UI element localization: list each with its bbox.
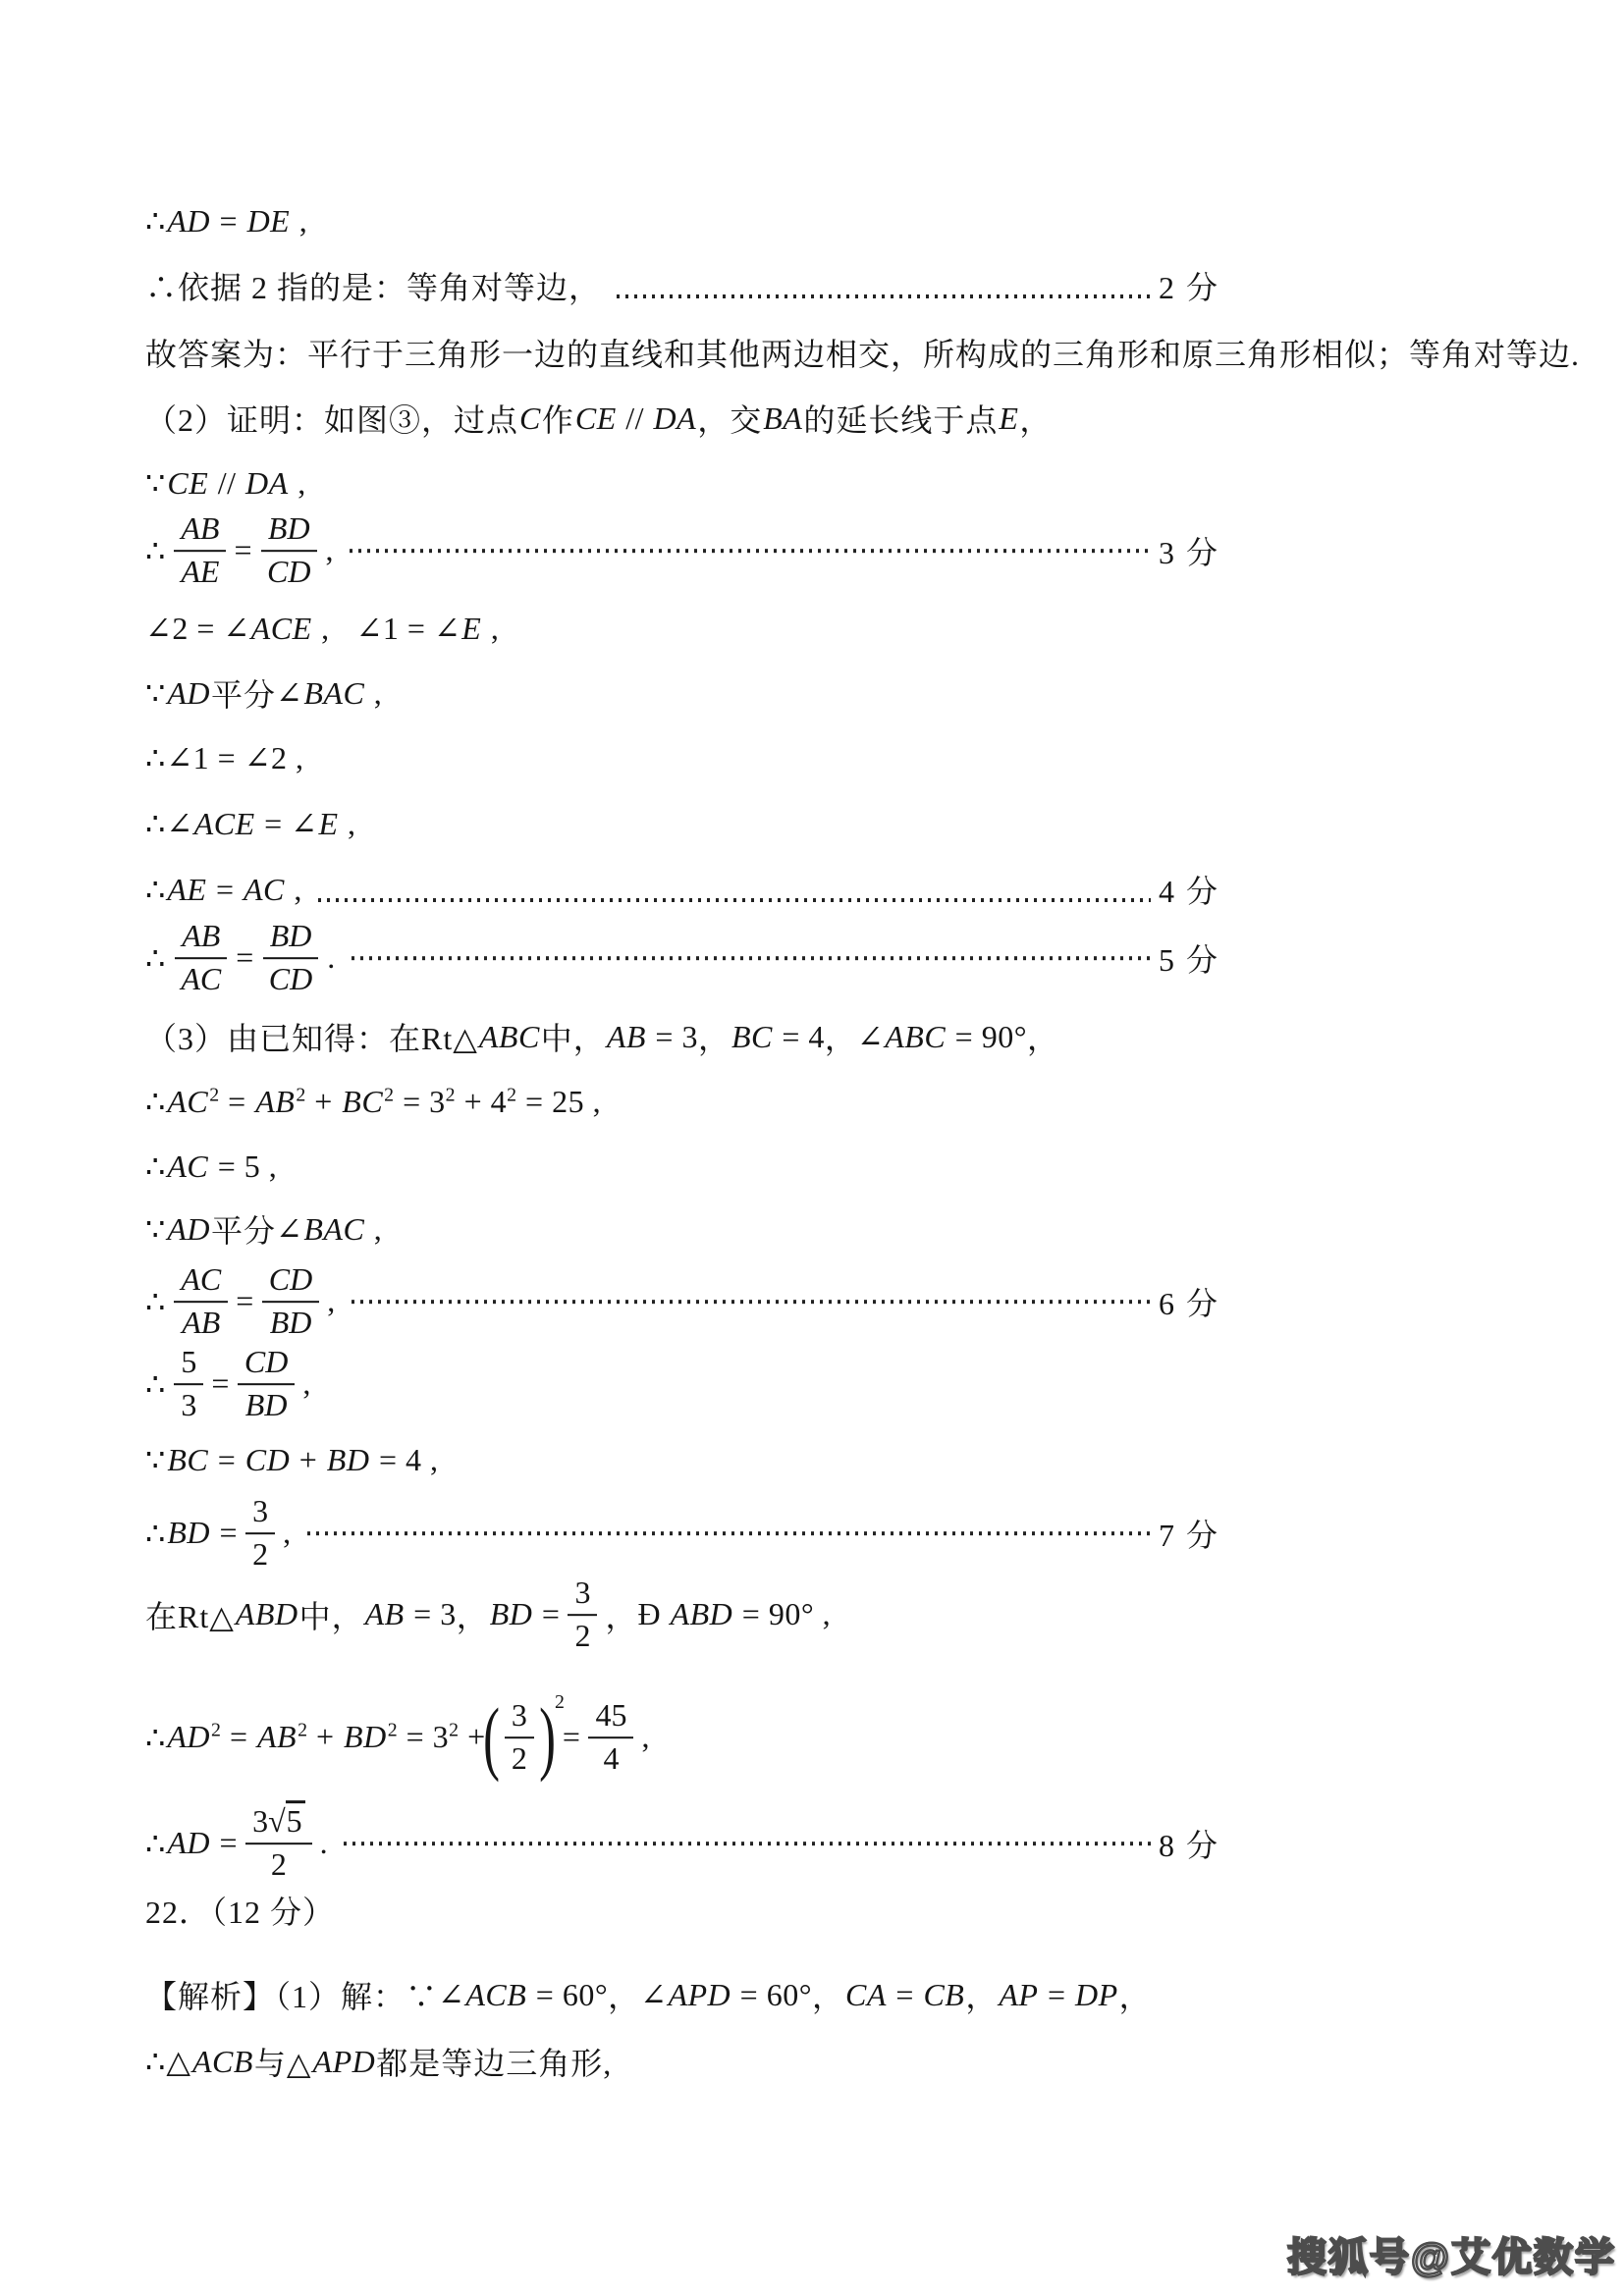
proof-line-7: ∠2 = ∠ACE , ∠1 = ∠E , <box>145 610 499 647</box>
text-segment: 【解析】（1）解：∵ <box>145 1972 438 2017</box>
score-label: 3 分 <box>1159 528 1219 573</box>
math-segment: . <box>320 1826 329 1862</box>
dotted-leader <box>307 1531 1151 1535</box>
fraction-denominator: CD <box>260 552 317 591</box>
text-segment: 中， <box>541 1014 606 1059</box>
fraction: 32 <box>568 1575 597 1655</box>
dotted-leader <box>344 1842 1151 1845</box>
math-segment: AP = DP <box>998 1977 1118 2013</box>
math-segment: AD2 = AB2 + BD2 = 32 + <box>166 1720 485 1756</box>
score-label: 7 分 <box>1159 1511 1219 1556</box>
math-segment: AB = 3 <box>364 1597 457 1633</box>
proof-line-20: ∴ BD =32 ,7 分 <box>145 1493 1219 1574</box>
dotted-leader <box>617 294 1151 298</box>
text-segment: ， <box>1019 396 1052 441</box>
math-segment: ∠ABC = 90° <box>857 1018 1027 1055</box>
score-label: 8 分 <box>1159 1821 1219 1866</box>
text-segment: 作 <box>542 396 574 441</box>
fraction-numerator: 45 <box>588 1697 633 1738</box>
radical-sign: √5 <box>268 1800 305 1839</box>
fraction-denominator: CD <box>262 959 319 998</box>
dotted-leader <box>350 549 1151 553</box>
fraction: 32 <box>245 1493 275 1574</box>
fraction-denominator: AE <box>174 552 226 591</box>
math-segment: , <box>302 1366 311 1403</box>
score-label: 5 分 <box>1159 935 1219 981</box>
fraction-numerator: 3 <box>245 1493 275 1534</box>
fraction-denominator: 3 <box>174 1385 203 1424</box>
fraction: ABAE <box>174 510 226 591</box>
proof-line-17: ∴ ACAB=CDBD ,6 分 <box>145 1261 1219 1342</box>
text-segment: 在Rt△ <box>145 1592 235 1637</box>
math-segment: BC = CD + BD = 4 , <box>166 1442 438 1478</box>
text-segment: 都是等边三角形, <box>376 2039 612 2084</box>
math-segment: ∠1 = ∠2 , <box>166 739 303 776</box>
math-segment: ACB <box>191 2044 254 2080</box>
proof-line-16: ∵ AD 平分 ∠BAC , <box>145 1206 382 1252</box>
text-segment: ∴ <box>145 1283 166 1320</box>
math-segment: AB = 3 <box>606 1019 698 1055</box>
text-segment: ， <box>965 1972 998 2017</box>
fraction: 3√52 <box>245 1803 312 1884</box>
math-segment: , <box>325 533 334 569</box>
dotted-leader <box>318 898 1151 902</box>
math-segment: , <box>283 1516 292 1552</box>
text-segment: ，交 <box>697 396 762 441</box>
math-segment: ABD <box>235 1597 299 1633</box>
proof-line-1: ∴ AD = DE , <box>145 202 307 240</box>
text-segment: ∴ <box>145 1825 166 1862</box>
text-segment: ∴ <box>145 1365 166 1403</box>
text-segment: ∵ <box>145 674 166 712</box>
fraction: 454 <box>588 1697 633 1778</box>
math-segment: ∠ACE = ∠E , <box>166 805 355 842</box>
math-segment: = <box>234 533 252 569</box>
fraction-numerator: AB <box>174 510 226 552</box>
math-segment: AD = <box>166 1826 238 1862</box>
fraction-denominator: AB <box>175 1303 227 1342</box>
math-segment: E <box>998 400 1019 437</box>
text-segment: 的延长线于点 <box>803 396 998 441</box>
fraction-numerator: 3√5 <box>245 1803 312 1844</box>
fraction-numerator: CD <box>238 1344 295 1385</box>
proof-line-14: ∴ AC2 = AB2 + BC2 = 32 + 42 = 25 , <box>145 1083 601 1120</box>
fraction-numerator: 5 <box>174 1344 203 1385</box>
math-segment: = <box>236 940 254 977</box>
text-segment: ， <box>1027 1014 1059 1059</box>
math-segment: Đ ABD = 90° , <box>637 1597 831 1633</box>
math-segment: CA = CB <box>844 1977 965 2013</box>
text-segment: ∴ <box>145 871 166 908</box>
score-label: 4 分 <box>1159 867 1219 912</box>
text-segment: ∴△ <box>145 2043 191 2080</box>
math-segment: BD = <box>489 1597 561 1633</box>
proof-line-26: ∴△ACB与△APD都是等边三角形, <box>145 2039 612 2084</box>
fraction-numerator: BD <box>263 918 319 959</box>
text-segment: 中， <box>299 1592 364 1637</box>
text-segment: ∴ <box>145 1083 166 1120</box>
proof-line-3: 故答案为：平行于三角形一边的直线和其他两边相交，所构成的三角形和原三角形相似；等… <box>145 330 1580 375</box>
math-segment: AD <box>166 675 211 712</box>
fraction-denominator: 4 <box>596 1738 625 1778</box>
fraction-numerator: 3 <box>505 1697 534 1738</box>
math-segment: ∠ACB = 60° <box>438 1976 608 2013</box>
text-segment: ∴ <box>145 202 166 240</box>
math-segment: AC2 = AB2 + BC2 = 32 + 42 = 25 , <box>166 1084 601 1120</box>
text-segment: ∴ <box>145 939 166 977</box>
fraction-denominator: BD <box>239 1385 295 1424</box>
fraction: CDBD <box>262 1261 319 1342</box>
dotted-leader <box>352 956 1151 960</box>
math-segment: BD = <box>166 1516 238 1552</box>
proof-line-18: ∴ 53=CDBD , <box>145 1344 311 1424</box>
text-segment: ∴ <box>145 1515 166 1552</box>
fraction: BDCD <box>260 510 317 591</box>
text-segment: ， <box>608 1972 640 2017</box>
math-segment: ∠APD = 60° <box>640 1976 812 2013</box>
proof-line-11: ∴ AE = AC ,4 分 <box>145 867 1219 912</box>
proof-line-21: 在Rt△ABD中，AB = 3，BD =32，Đ ABD = 90° , <box>145 1575 831 1655</box>
text-segment: ， <box>698 1014 731 1059</box>
text-segment: ∵ <box>145 1441 166 1478</box>
proof-line-2: ∴依据 2 指的是：等角对等边，2 分 <box>145 263 1219 308</box>
text-segment: 故答案为：平行于三角形一边的直线和其他两边相交，所构成的三角形和原三角形相似；等… <box>145 330 1580 375</box>
exponent: 2 <box>555 1691 565 1714</box>
text-segment: （2）证明：如图③，过点 <box>145 396 518 441</box>
math-segment: = <box>236 1284 254 1320</box>
text-segment: 与△ <box>254 2039 312 2084</box>
text-segment: ， <box>812 1972 844 2017</box>
proof-line-10: ∴ ∠ACE = ∠E , <box>145 805 356 842</box>
text-segment: （3）由已知得：在Rt△ <box>145 1014 478 1059</box>
math-segment: BA <box>762 400 803 437</box>
math-segment: ∠1 = ∠E , <box>356 610 500 647</box>
math-segment: , <box>641 1720 650 1756</box>
document-page: ∴ AD = DE ,∴依据 2 指的是：等角对等边，2 分故答案为：平行于三角… <box>0 0 1624 2296</box>
dotted-leader <box>352 1300 1151 1304</box>
text-segment: ， <box>825 1014 857 1059</box>
math-segment: C <box>518 400 542 437</box>
math-segment: CE // DA , <box>166 465 305 502</box>
text-segment: ∴ <box>145 805 166 842</box>
fraction-denominator: 2 <box>245 1534 275 1574</box>
proof-line-5: ∵ CE // DA , <box>145 464 306 502</box>
text-segment: ∴ <box>145 1719 166 1756</box>
text-segment: 平分 <box>211 670 276 716</box>
math-segment: . <box>327 940 336 977</box>
proof-line-9: ∴ ∠1 = ∠2 , <box>145 739 304 776</box>
fraction-numerator: BD <box>261 510 317 552</box>
text-segment: ， <box>457 1592 489 1637</box>
text-segment: 平分 <box>211 1206 276 1252</box>
fraction-numerator: AC <box>174 1261 228 1303</box>
fraction-denominator: AC <box>174 959 228 998</box>
fraction-denominator: BD <box>263 1303 319 1342</box>
math-segment: ∠BAC , <box>276 1210 382 1248</box>
math-segment: BC = 4 <box>731 1019 825 1055</box>
fraction: BDCD <box>262 918 319 998</box>
proof-line-4: （2）证明：如图③，过点 C 作 CE // DA ，交 BA 的延长线于点 E… <box>145 396 1052 441</box>
proof-line-12: ∴ ABAC=BDCD .5 分 <box>145 918 1219 998</box>
watermark: 搜狐号@艾优数学 <box>1287 2226 1616 2282</box>
math-segment: = <box>563 1720 581 1756</box>
fraction: CDBD <box>238 1344 295 1424</box>
math-segment: ABC <box>478 1019 541 1055</box>
fraction-numerator: AB <box>175 918 227 959</box>
proof-line-23: ∴ AD =3√52 .8 分 <box>145 1803 1219 1884</box>
math-segment: AC = 5 , <box>166 1148 277 1185</box>
score-label: 2 分 <box>1159 263 1219 308</box>
fraction-denominator: 2 <box>568 1616 597 1655</box>
fraction-numerator: CD <box>262 1261 319 1303</box>
text-segment <box>330 611 356 647</box>
proof-line-6: ∴ ABAE=BDCD ,3 分 <box>145 510 1219 591</box>
fraction-denominator: 2 <box>505 1738 534 1778</box>
text-segment: ∴依据 2 指的是：等角对等边， <box>145 263 601 308</box>
math-segment: , <box>327 1284 336 1320</box>
math-segment: CE // DA <box>574 400 697 437</box>
fraction: 32 <box>505 1697 534 1778</box>
math-segment: = <box>211 1366 230 1403</box>
math-segment: APD <box>312 2044 377 2080</box>
text-segment: ∴ <box>145 739 166 776</box>
proof-line-13: （3）由已知得：在Rt△ABC中，AB = 3，BC = 4，∠ABC = 90… <box>145 1014 1059 1059</box>
proof-line-8: ∵ AD 平分 ∠BAC , <box>145 670 382 716</box>
proof-line-25: 【解析】（1）解：∵∠ACB = 60°，∠APD = 60°，CA = CB，… <box>145 1972 1152 2017</box>
fraction: ABAC <box>174 918 228 998</box>
fraction: 53 <box>174 1344 203 1424</box>
text-segment: ∵ <box>145 1210 166 1248</box>
math-segment: ∠2 = ∠ACE , <box>145 610 330 647</box>
text-segment: ∴ <box>145 532 166 569</box>
text-segment: ， <box>1119 1972 1152 2017</box>
proof-line-24: 22．（12 分） <box>145 1888 335 1933</box>
fraction: ACAB <box>174 1261 228 1342</box>
fraction-numerator: 3 <box>568 1575 597 1616</box>
proof-line-19: ∵ BC = CD + BD = 4 , <box>145 1441 439 1478</box>
text-segment: ∵ <box>145 464 166 502</box>
math-segment: AD <box>166 1211 211 1248</box>
score-label: 6 分 <box>1159 1279 1219 1324</box>
text-segment: ， <box>605 1592 637 1637</box>
text-segment: ∴ <box>145 1148 166 1185</box>
proof-line-15: ∴ AC = 5 , <box>145 1148 277 1185</box>
fraction-denominator: 2 <box>264 1844 294 1884</box>
math-segment: AE = AC , <box>166 872 302 908</box>
proof-line-22: ∴ AD2 = AB2 + BD2 = 32 +(32)2=454 , <box>145 1697 650 1778</box>
text-segment: 22．（12 分） <box>145 1888 335 1933</box>
math-segment: ∠BAC , <box>276 674 382 712</box>
math-segment: AD = DE , <box>166 203 307 240</box>
